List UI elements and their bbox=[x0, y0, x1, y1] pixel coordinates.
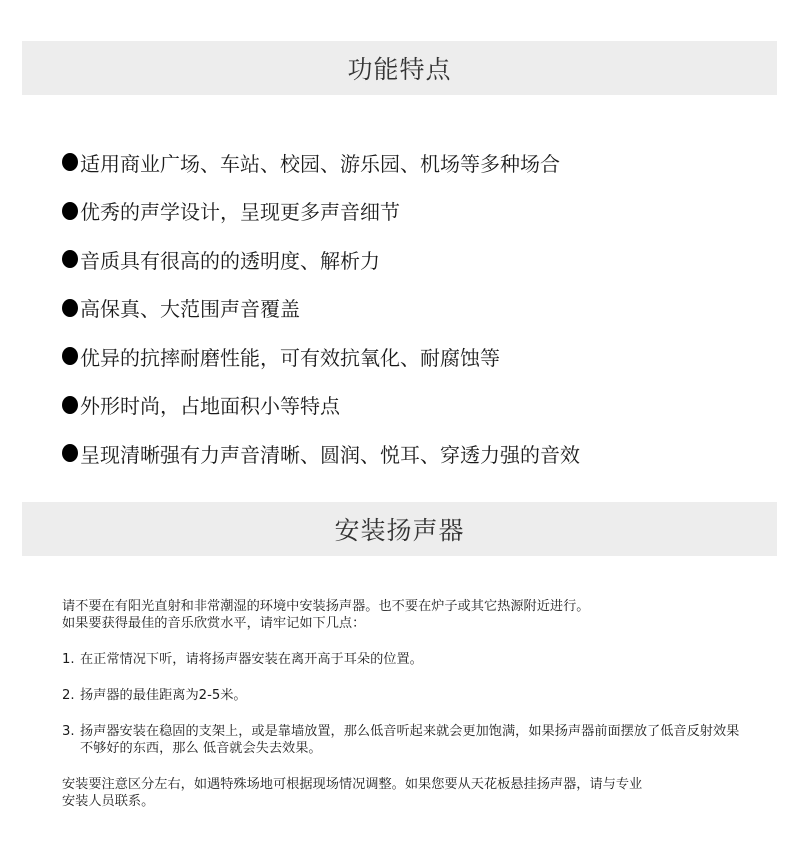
bullet-dot-icon bbox=[62, 202, 78, 220]
install-intro-line-2: 如果要获得最佳的音乐欣赏水平，请牢记如下几点： bbox=[62, 615, 762, 632]
feature-text: 优秀的声学设计，呈现更多声音细节 bbox=[80, 196, 400, 225]
bullet-dot-icon bbox=[62, 347, 78, 365]
features-list: 适用商业广场、车站、校园、游乐园、机场等多种场合 优秀的声学设计，呈现更多声音细… bbox=[62, 138, 580, 478]
feature-item: 呈现清晰强有力声音清晰、圆润、悦耳、穿透力强的音效 bbox=[62, 429, 580, 478]
feature-text: 高保真、大范围声音覆盖 bbox=[80, 293, 300, 322]
features-section-header: 功能特点 bbox=[22, 41, 777, 95]
step-number: 3. bbox=[62, 723, 80, 757]
feature-text: 音质具有很高的的透明度、解析力 bbox=[80, 245, 380, 274]
feature-text: 适用商业广场、车站、校园、游乐园、机场等多种场合 bbox=[80, 148, 560, 177]
feature-item: 音质具有很高的的透明度、解析力 bbox=[62, 235, 580, 284]
install-instructions: 请不要在有阳光直射和非常潮湿的环境中安装扬声器。也不要在炉子或其它热源附近进行。… bbox=[62, 598, 762, 810]
feature-item: 高保真、大范围声音覆盖 bbox=[62, 284, 580, 333]
bullet-dot-icon bbox=[62, 250, 78, 268]
bullet-dot-icon bbox=[62, 299, 78, 317]
bullet-dot-icon bbox=[62, 444, 78, 462]
feature-text: 优异的抗摔耐磨性能，可有效抗氧化、耐腐蚀等 bbox=[80, 342, 500, 371]
feature-item: 外形时尚，占地面积小等特点 bbox=[62, 381, 580, 430]
install-note-line-2: 安装人员联系。 bbox=[62, 793, 762, 810]
bullet-dot-icon bbox=[62, 153, 78, 171]
step-text: 在正常情况下听，请将扬声器安装在离开高于耳朵的位置。 bbox=[80, 651, 423, 668]
install-intro-line-1: 请不要在有阳光直射和非常潮湿的环境中安装扬声器。也不要在炉子或其它热源附近进行。 bbox=[62, 598, 762, 615]
step-text: 扬声器安装在稳固的支架上，或是靠墙放置，那么低音听起来就会更加饱满，如果扬声器前… bbox=[80, 723, 748, 757]
feature-text: 呈现清晰强有力声音清晰、圆润、悦耳、穿透力强的音效 bbox=[80, 439, 580, 468]
step-text: 扬声器的最佳距离为2-5米。 bbox=[80, 687, 247, 704]
install-note-line-1: 安装要注意区分左右，如遇特殊场地可根据现场情况调整。如果您要从天花板悬挂扬声器，… bbox=[62, 776, 762, 793]
feature-item: 适用商业广场、车站、校园、游乐园、机场等多种场合 bbox=[62, 138, 580, 187]
feature-item: 优秀的声学设计，呈现更多声音细节 bbox=[62, 187, 580, 236]
install-step-3: 3. 扬声器安装在稳固的支架上，或是靠墙放置，那么低音听起来就会更加饱满，如果扬… bbox=[62, 723, 762, 757]
install-section-title: 安装扬声器 bbox=[334, 511, 464, 547]
bullet-dot-icon bbox=[62, 396, 78, 414]
install-step-1: 1. 在正常情况下听，请将扬声器安装在离开高于耳朵的位置。 bbox=[62, 651, 762, 668]
install-step-2: 2. 扬声器的最佳距离为2-5米。 bbox=[62, 687, 762, 704]
feature-item: 优异的抗摔耐磨性能，可有效抗氧化、耐腐蚀等 bbox=[62, 332, 580, 381]
install-section-header: 安装扬声器 bbox=[22, 502, 777, 556]
feature-text: 外形时尚，占地面积小等特点 bbox=[80, 390, 340, 419]
features-section-title: 功能特点 bbox=[347, 50, 451, 86]
step-number: 2. bbox=[62, 687, 80, 704]
step-number: 1. bbox=[62, 651, 80, 668]
